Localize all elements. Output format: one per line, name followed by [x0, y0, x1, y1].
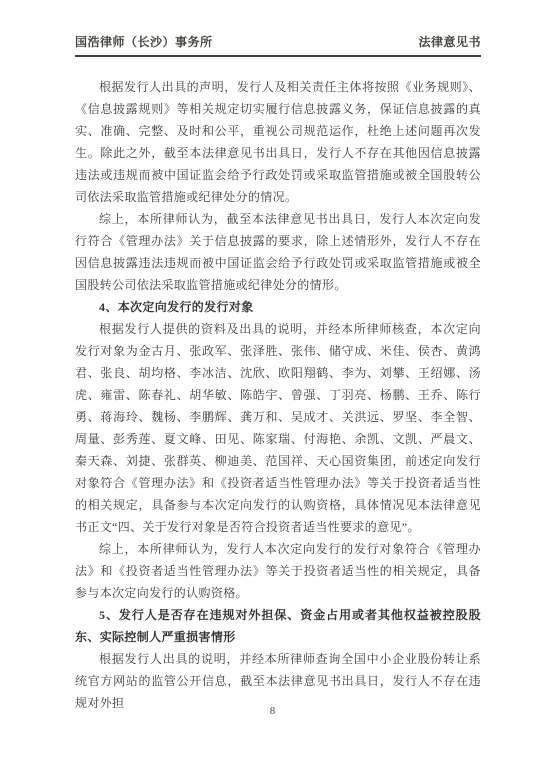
document-body: 根据发行人出具的声明，发行人及相关责任主体将按照《业务规则》、《信息披露规则》等… — [75, 76, 481, 714]
page-number: 8 — [270, 705, 276, 717]
header-firm-name: 国浩律师（长沙）事务所 — [75, 33, 213, 50]
paragraph-issuance-targets-list: 根据发行人提供的资料及出具的说明，并经本所律师核查，本次定向发行对象为金古月、张… — [75, 318, 481, 538]
page-header: 国浩律师（长沙）事务所 法律意见书 — [75, 33, 481, 57]
document-page: 国浩律师（长沙）事务所 法律意见书 根据发行人出具的声明，发行人及相关责任主体将… — [0, 0, 545, 771]
header-doc-title: 法律意见书 — [418, 33, 481, 50]
paragraph-disclosure-commitment: 根据发行人出具的声明，发行人及相关责任主体将按照《业务规则》、《信息披露规则》等… — [75, 76, 481, 208]
heading-section-4: 4、本次定向发行的发行对象 — [75, 296, 481, 318]
heading-section-5: 5、发行人是否存在违规对外担保、资金占用或者其他权益被控股股东、实际控制人严重损… — [75, 604, 481, 648]
page-footer: 8 — [0, 705, 545, 717]
paragraph-issuance-targets-conclusion: 综上，本所律师认为，发行人本次定向发行的发行对象符合《管理办法》和《投资者适当性… — [75, 538, 481, 604]
paragraph-disclosure-conclusion: 综上，本所律师认为，截至本法律意见书出具日，发行人本次定向发行符合《管理办法》关… — [75, 208, 481, 296]
